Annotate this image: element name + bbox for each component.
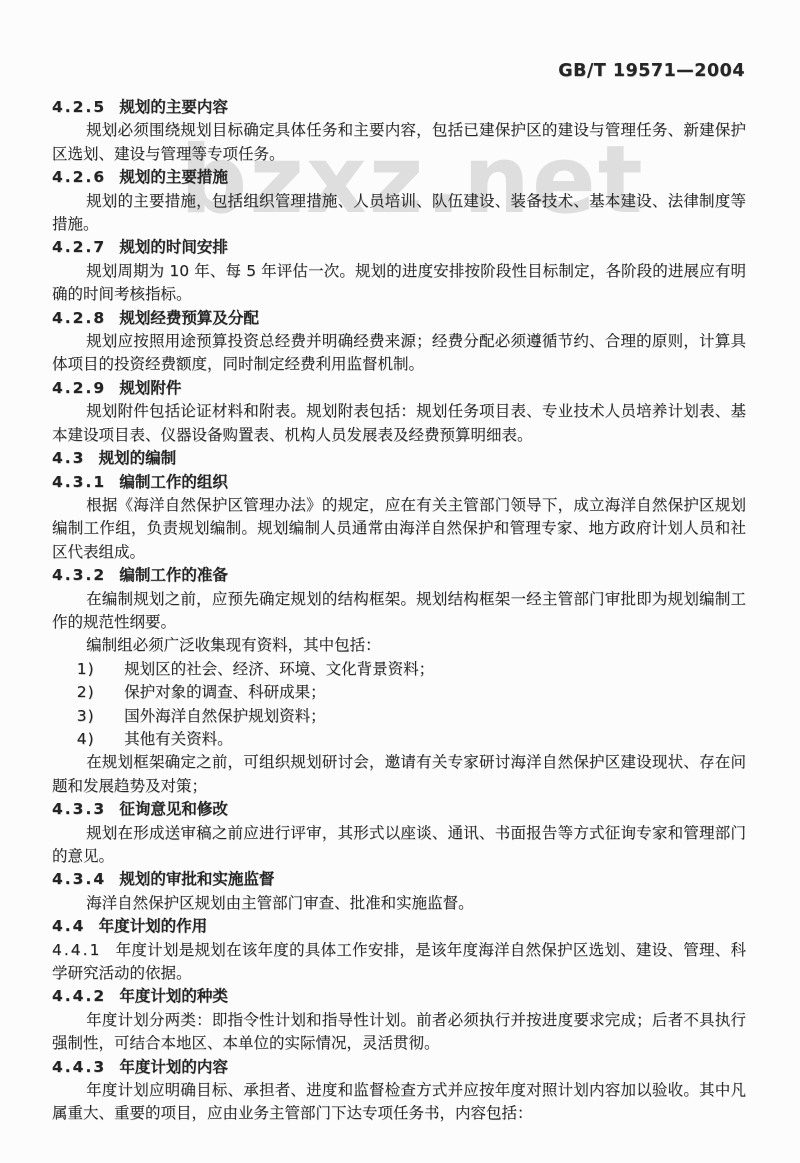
heading-number: 4.4.2 [52,987,106,1005]
clause-text: 年度计划是规划在该年度的具体工作安排，是该年度海洋自然保护区选划、建设、管理、科… [52,941,746,982]
section-heading-4-2-9: 4.2.9规划附件 [52,377,746,400]
list-item-text: 保护对象的调查、科研成果； [124,683,326,701]
heading-number: 4.3.1 [52,473,106,491]
paragraph: 规划的主要措施，包括组织管理措施、人员培训、队伍建设、装备技术、基本建设、法律制… [52,190,746,237]
section-heading-4-2-7: 4.2.7规划的时间安排 [52,236,746,259]
heading-number: 4.3 [52,449,85,467]
heading-title: 编制工作的准备 [119,566,228,584]
heading-title: 规划的主要内容 [119,98,228,116]
paragraph: 规划必须围绕规划目标确定具体任务和主要内容，包括已建保护区的建设与管理任务、新建… [52,119,746,166]
heading-title: 规划的时间安排 [119,238,228,256]
standard-number: GB/T 19571—2004 [558,61,745,81]
section-heading-4-2-8: 4.2.8规划经费预算及分配 [52,307,746,330]
scanned-document-page: bzxz.net GB/T 19571—2004 4.2.5规划的主要内容 规划… [0,0,800,1163]
paragraph: 年度计划应明确目标、承担者、进度和监督检查方式并应按年度对照计划内容加以验收。其… [52,1079,746,1126]
paragraph: 海洋自然保护区规划由主管部门审查、批准和实施监督。 [52,892,746,915]
paragraph: 规划在形成送审稿之前应进行评审，其形式以座谈、通讯、书面报告等方式征询专家和管理… [52,822,746,869]
list-item-number: 4) [77,730,95,748]
heading-title: 规划经费预算及分配 [119,309,259,327]
list-item-number: 2) [77,683,95,701]
heading-title: 规划附件 [119,379,181,397]
heading-number: 4.3.2 [52,566,106,584]
heading-title: 编制工作的组织 [119,473,228,491]
paragraph: 根据《海洋自然保护区管理办法》的规定，应在有关主管部门领导下，成立海洋自然保护区… [52,494,746,564]
heading-number: 4.2.6 [52,168,106,186]
section-heading-4-3-1: 4.3.1编制工作的组织 [52,471,746,494]
heading-title: 征询意见和修改 [119,800,228,818]
heading-number: 4.2.5 [52,98,106,116]
heading-title: 年度计划的内容 [119,1058,228,1076]
heading-title: 年度计划的种类 [119,987,228,1005]
section-heading-4-3-3: 4.3.3征询意见和修改 [52,798,746,821]
paragraph: 规划周期为 10 年、每 5 年评估一次。规划的进度安排按阶段性目标制定，各阶段… [52,260,746,307]
list-item-number: 1) [77,660,95,678]
section-heading-4-2-6: 4.2.6规划的主要措施 [52,166,746,189]
list-item-text: 规划区的社会、经济、环境、文化背景资料； [124,660,434,678]
heading-number: 4.2.8 [52,309,106,327]
paragraph: 编制组必须广泛收集现有资料，其中包括： [52,634,746,657]
section-heading-4-4-2: 4.4.2年度计划的种类 [52,985,746,1008]
paragraph: 在编制规划之前，应预先确定规划的结构框架。规划结构框架一经主管部门审批即为规划编… [52,588,746,635]
clause-number: 4.4.1 [52,941,101,959]
heading-number: 4.2.9 [52,379,106,397]
list-item-text: 国外海洋自然保护规划资料； [124,707,326,725]
list-item: 3)国外海洋自然保护规划资料； [52,705,746,728]
paragraph: 规划应按照用途预算投资总经费并明确经费来源；经费分配必须遵循节约、合理的原则，计… [52,330,746,377]
heading-number: 4.4.3 [52,1058,106,1076]
clause-paragraph-4-4-1: 4.4.1年度计划是规划在该年度的具体工作安排，是该年度海洋自然保护区选划、建设… [52,939,746,986]
heading-title: 年度计划的作用 [99,917,208,935]
heading-number: 4.3.3 [52,800,106,818]
list-item: 2)保护对象的调查、科研成果； [52,681,746,704]
paragraph: 规划附件包括论证材料和附表。规划附表包括：规划任务项目表、专业技术人员培养计划表… [52,400,746,447]
heading-title: 规划的主要措施 [119,168,228,186]
section-heading-4-3-2: 4.3.2编制工作的准备 [52,564,746,587]
paragraph: 年度计划分两类：即指令性计划和指导性计划。前者必须执行并按进度要求完成；后者不具… [52,1009,746,1056]
heading-title: 规划的编制 [99,449,177,467]
paragraph: 在规划框架确定之前，可组织规划研讨会，邀请有关专家研讨海洋自然保护区建设现状、存… [52,751,746,798]
list-item: 1)规划区的社会、经济、环境、文化背景资料； [52,658,746,681]
section-heading-4-4: 4.4年度计划的作用 [52,915,746,938]
section-heading-4-2-5: 4.2.5规划的主要内容 [52,96,746,119]
document-body: 4.2.5规划的主要内容 规划必须围绕规划目标确定具体任务和主要内容，包括已建保… [52,96,746,1126]
heading-number: 4.4 [52,917,85,935]
heading-number: 4.3.4 [52,870,106,888]
section-heading-4-3: 4.3规划的编制 [52,447,746,470]
heading-title: 规划的审批和实施监督 [119,870,274,888]
list-item-number: 3) [77,707,95,725]
section-heading-4-4-3: 4.4.3年度计划的内容 [52,1056,746,1079]
section-heading-4-3-4: 4.3.4规划的审批和实施监督 [52,868,746,891]
list-item: 4)其他有关资料。 [52,728,746,751]
heading-number: 4.2.7 [52,238,106,256]
list-item-text: 其他有关资料。 [124,730,233,748]
